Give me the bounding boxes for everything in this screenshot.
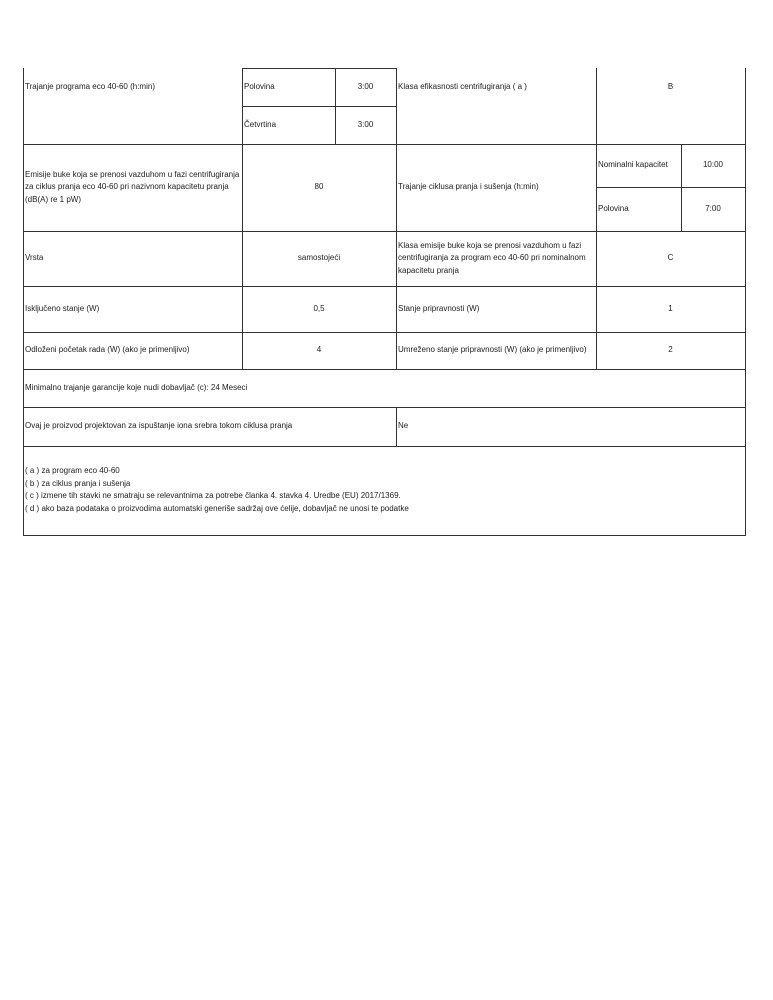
table-border-bottom bbox=[23, 535, 746, 536]
value-noise-emission: 80 bbox=[242, 144, 396, 231]
label-networked-standby: Umreženo stanje pripravnosti (W) (ako je… bbox=[396, 332, 594, 369]
footnote-a: ( a ) za program eco 40-60 bbox=[25, 465, 409, 478]
label-noise-emission: Emisije buke koja se prenosi vazduhom u … bbox=[23, 144, 240, 231]
footnote-d: ( d ) ako baza podataka o proizvodima au… bbox=[25, 503, 409, 516]
label-half-wash-dry: Polovina bbox=[596, 187, 681, 231]
value-half-duration: 3:00 bbox=[335, 68, 396, 106]
label-noise-class: Klasa emisije buke koja se prenosi vazdu… bbox=[396, 231, 594, 286]
value-spin-efficiency-class: B bbox=[596, 68, 745, 106]
label-silver-ions: Ovaj je proizvod projektovan za ispuštan… bbox=[23, 407, 395, 446]
label-half: Polovina bbox=[242, 68, 334, 106]
label-eco-program-duration: Trajanje programa eco 40-60 (h:min) bbox=[23, 68, 240, 106]
label-delay-start: Odloženi početak rada (W) (ako je primen… bbox=[23, 332, 240, 369]
label-type: Vrsta bbox=[23, 231, 240, 286]
label-spin-efficiency-class: Klasa efikasnosti centrifugiranja ( a ) bbox=[396, 68, 594, 106]
footnotes: ( a ) za program eco 40-60 ( b ) za cikl… bbox=[25, 465, 409, 515]
value-nominal-capacity-duration: 10:00 bbox=[681, 144, 745, 187]
value-standby-mode: 1 bbox=[596, 286, 745, 332]
label-nominal-capacity: Nominalni kapacitet bbox=[596, 144, 681, 187]
value-off-mode: 0,5 bbox=[242, 286, 396, 332]
label-quarter: Četvrtina bbox=[242, 106, 334, 144]
value-quarter-duration: 3:00 bbox=[335, 106, 396, 144]
table-border-right bbox=[745, 68, 746, 536]
footnote-c: ( c ) izmene tih stavki ne smatraju se r… bbox=[25, 490, 409, 503]
label-warranty: Minimalno trajanje garancije koje nudi d… bbox=[23, 369, 745, 407]
footnote-b: ( b ) za ciklus pranja i sušenja bbox=[25, 478, 409, 491]
row-divider bbox=[23, 446, 746, 447]
value-delay-start: 4 bbox=[242, 332, 396, 369]
label-standby-mode: Stanje pripravnosti (W) bbox=[396, 286, 594, 332]
value-networked-standby: 2 bbox=[596, 332, 745, 369]
label-wash-dry-duration: Trajanje ciklusa pranja i sušenja (h:min… bbox=[396, 144, 594, 231]
value-silver-ions: Ne bbox=[396, 407, 743, 446]
label-off-mode: Isključeno stanje (W) bbox=[23, 286, 240, 332]
value-type: samostojeći bbox=[242, 231, 396, 286]
value-noise-class: C bbox=[596, 231, 745, 286]
value-half-wash-dry-duration: 7:00 bbox=[681, 187, 745, 231]
